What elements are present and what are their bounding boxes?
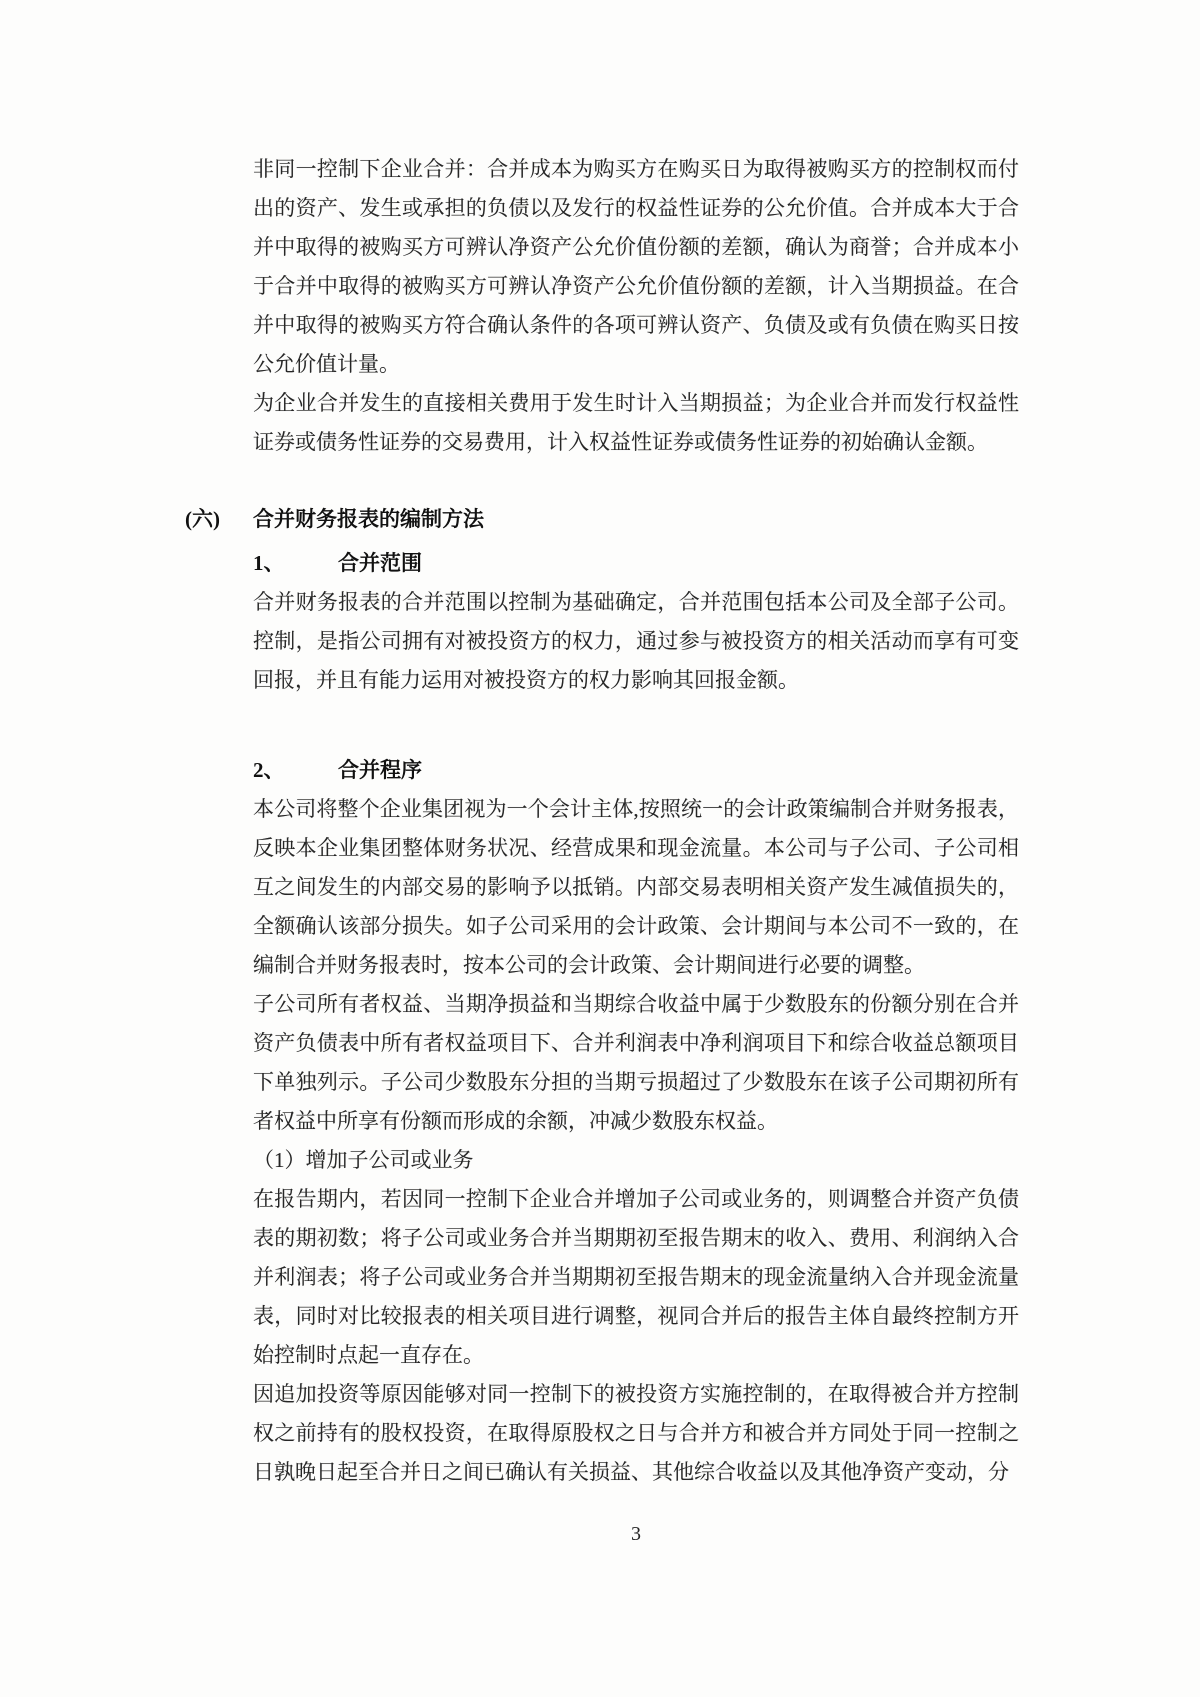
paragraph-consolidation-procedure: 本公司将整个企业集团视为一个会计主体,按照统一的会计政策编制合并财务报表，反映本… [253,790,1019,985]
subsection-title: 合并程序 [338,751,422,790]
section-heading-row: (六) 合并财务报表的编制方法 [185,500,1019,539]
subsection-heading-consolidation-procedure: 2、 合并程序 [253,751,1019,790]
subsection-number-label: 1、 [253,544,338,583]
subsection-heading-consolidation-scope: 1、 合并范围 [253,544,1019,583]
page-number: 3 [631,1523,641,1545]
paragraph-business-combination-non-common-control: 非同一控制下企业合并：合并成本为购买方在购买日为取得被购买方的控制权而付出的资产… [253,150,1019,384]
section-title: 合并财务报表的编制方法 [253,500,484,539]
paragraph-additional-investment-control: 因追加投资等原因能够对同一控制下的被投资方实施控制的，在取得被合并方控制权之前持… [253,1375,1019,1492]
paragraph-item-add-subsidiary-heading: （1）增加子公司或业务 [253,1141,1019,1180]
document-page: 非同一控制下企业合并：合并成本为购买方在购买日为取得被购买方的控制权而付出的资产… [0,0,1200,1697]
paragraph-minority-interests: 子公司所有者权益、当期净损益和当期综合收益中属于少数股东的份额分别在合并资产负债… [253,985,1019,1141]
subsection-number-label: 2、 [253,751,338,790]
paragraph-combination-direct-costs: 为企业合并发生的直接相关费用于发生时计入当期损益；为企业合并而发行权益性证券或债… [253,384,1019,462]
page-footer: 3 [253,1515,1019,1554]
paragraph-consolidation-scope: 合并财务报表的合并范围以控制为基础确定，合并范围包括本公司及全部子公司。控制，是… [253,583,1019,700]
section-number-label: (六) [185,500,253,539]
subsection-title: 合并范围 [338,544,422,583]
paragraph-reporting-period-adjustments: 在报告期内，若因同一控制下企业合并增加子公司或业务的，则调整合并资产负债表的期初… [253,1180,1019,1375]
